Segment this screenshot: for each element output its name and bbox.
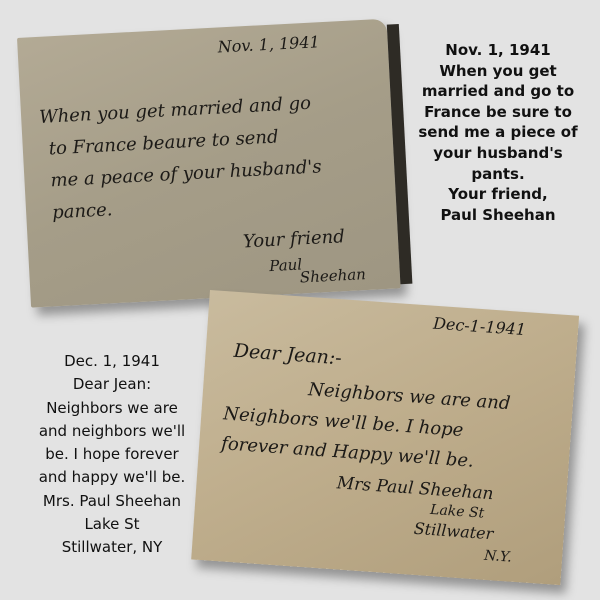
postcard-dec-1941: Dec-1-1941 Dear Jean:- Neighbors we are … <box>191 290 579 585</box>
handwritten-signature-first: Paul <box>269 255 303 275</box>
transcription-line: Stillwater, NY <box>12 536 212 559</box>
transcription-line: send me a piece of <box>398 122 598 143</box>
transcription-line: Dear Jean: <box>12 373 212 396</box>
transcription-line: Your friend, <box>398 184 598 205</box>
handwritten-signature-last: Sheehan <box>299 265 366 286</box>
transcription-line: be. I hope forever <box>12 443 212 466</box>
transcription-line: France be sure to <box>398 102 598 123</box>
handwritten-date: Nov. 1, 1941 <box>217 32 320 56</box>
transcription-line: Paul Sheehan <box>398 205 598 226</box>
transcription-line: pants. <box>398 164 598 185</box>
transcription-line: Nov. 1, 1941 <box>398 40 598 61</box>
postcard-nov-1941: Nov. 1, 1941 When you get married and go… <box>17 19 401 308</box>
transcription-line: Lake St <box>12 513 212 536</box>
transcription-line: married and go to <box>398 81 598 102</box>
transcription-line: your husband's <box>398 143 598 164</box>
handwritten-date: Dec-1-1941 <box>433 314 527 339</box>
handwritten-salutation: Dear Jean:- <box>233 340 342 369</box>
handwritten-address-state: N.Y. <box>484 548 513 566</box>
transcription-line: and happy we'll be. <box>12 466 212 489</box>
transcription-line: Mrs. Paul Sheehan <box>12 490 212 513</box>
handwritten-line: pance. <box>52 199 113 223</box>
handwritten-address-street: Lake St <box>430 502 485 522</box>
transcription-line: and neighbors we'll <box>12 420 212 443</box>
handwritten-line: me a peace of your husband's <box>50 156 322 191</box>
handwritten-signature: Mrs Paul Sheehan <box>336 473 494 504</box>
handwritten-closing: Your friend <box>242 226 345 252</box>
transcription-line: Neighbors we are <box>12 397 212 420</box>
transcription-nov: Nov. 1, 1941 When you get married and go… <box>398 40 598 225</box>
handwritten-line: Neighbors we are and <box>308 379 512 414</box>
transcription-line: When you get <box>398 61 598 82</box>
handwritten-line: When you get married and go <box>39 93 312 128</box>
transcription-line: Dec. 1, 1941 <box>12 350 212 373</box>
handwritten-address-city: Stillwater <box>413 519 494 544</box>
transcription-dec: Dec. 1, 1941 Dear Jean: Neighbors we are… <box>12 350 212 560</box>
handwritten-line: to France beaure to send <box>48 126 279 159</box>
